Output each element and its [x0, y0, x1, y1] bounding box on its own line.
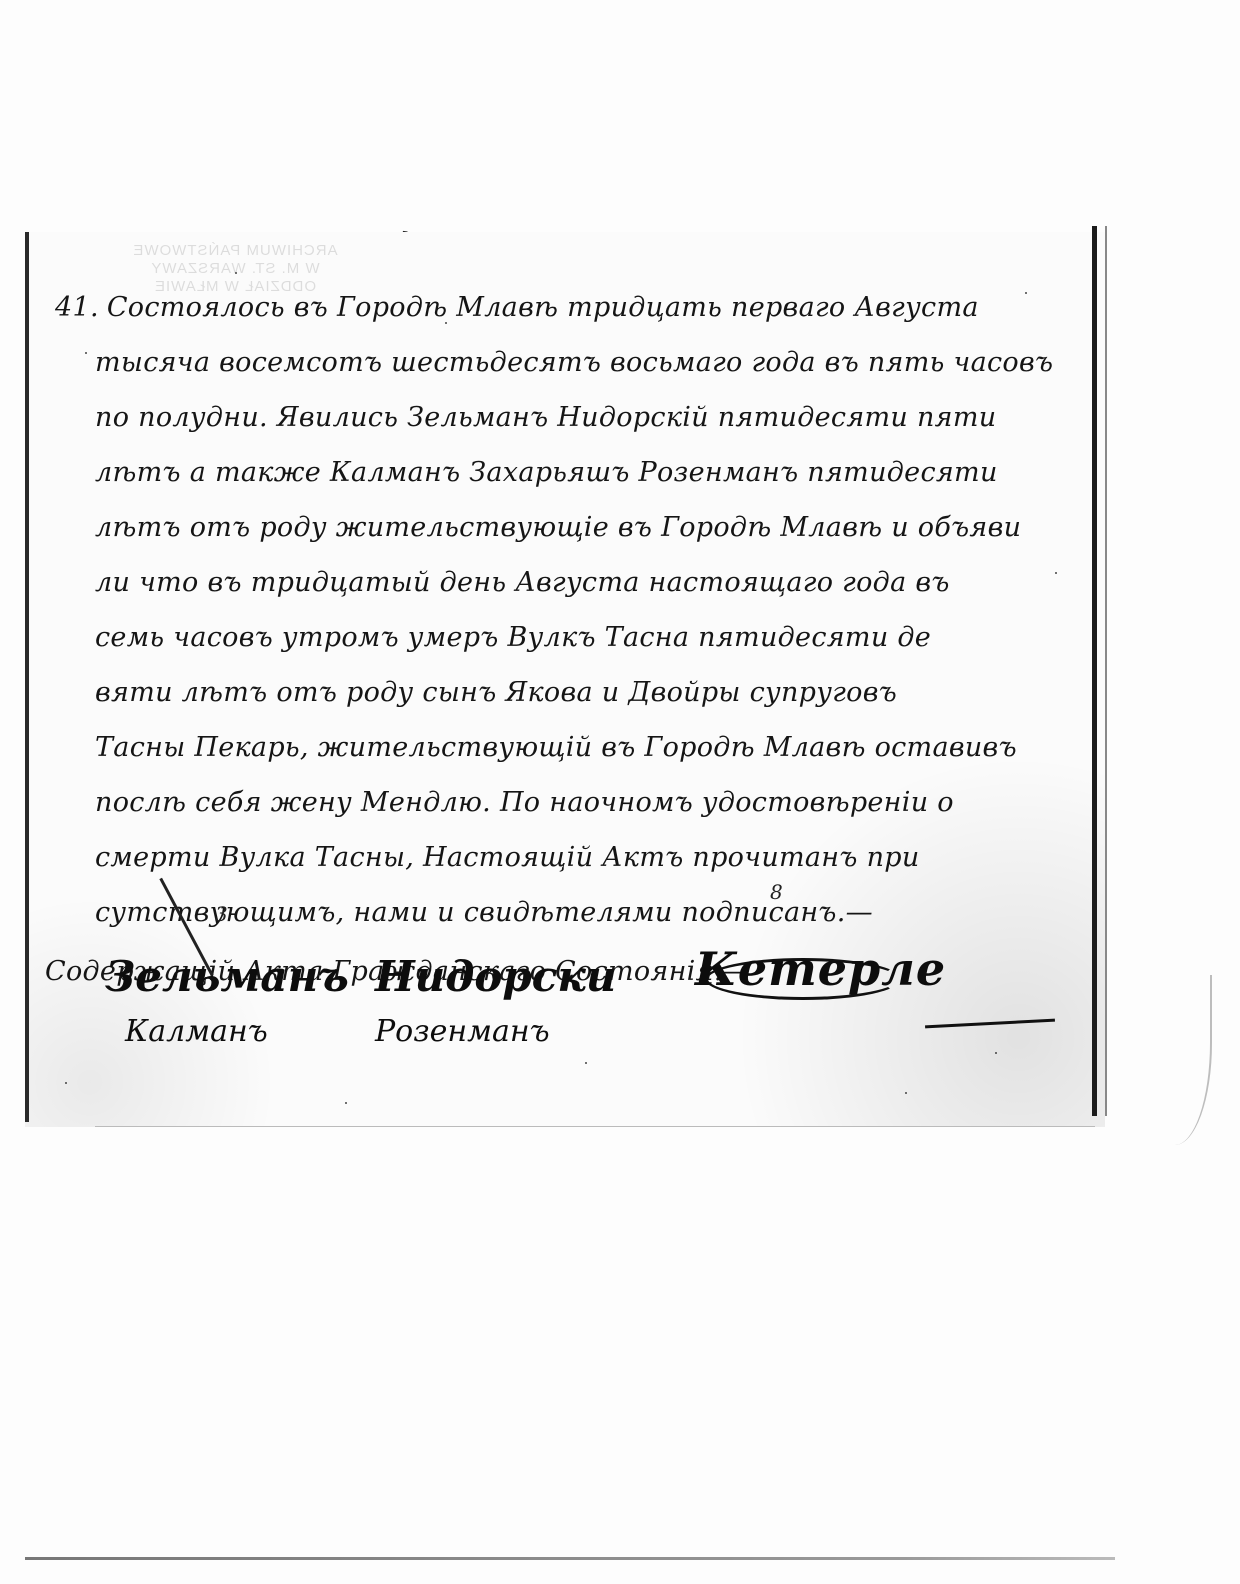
record-line: вяти лѣтъ отъ роду сынъ Якова и Двойры с…	[55, 665, 1095, 720]
record-line: смерти Вулка Тасны, Настоящій Актъ прочи…	[55, 830, 1095, 885]
margin-mark-8: 8	[770, 880, 783, 904]
record-number: 41.	[55, 280, 99, 335]
frame-left-border	[25, 232, 29, 1122]
scan-speck	[585, 1062, 587, 1064]
scan-speck	[345, 1102, 347, 1104]
signatures-block: Зельманъ Нидорски Калманъ Розенманъ Кете…	[85, 952, 1085, 1092]
scan-speck	[85, 352, 87, 354]
record-body: 41.Состоялось въ Городѣ Млавѣ тридцать п…	[55, 280, 1095, 999]
signature-witness-2-first: Калманъ	[125, 1014, 268, 1049]
record-line: 41.Состоялось въ Городѣ Млавѣ тридцать п…	[55, 280, 1095, 335]
scan-speck	[445, 322, 447, 324]
signature-officer: Кетерле	[695, 942, 946, 996]
record-line: по полудни. Явились Зельманъ Нидорскій п…	[55, 390, 1095, 445]
frame-bottom-border	[95, 1126, 1095, 1127]
margin-mark-3: 3	[215, 902, 228, 926]
frame-right-border-inner	[1105, 226, 1107, 1116]
officer-signature-underline	[925, 1019, 1055, 1029]
scan-speck	[995, 1052, 997, 1054]
scan-speck	[65, 1082, 67, 1084]
scan-speck	[1055, 572, 1057, 574]
scanned-page: υ ARCHIWUM PAŃSTWOWE W M. ST. WARSZAWY O…	[0, 0, 1240, 1584]
stamp-line: W M. ST. WARSZAWY	[125, 260, 345, 278]
signature-witness-2-last: Розенманъ	[375, 1014, 550, 1049]
signature-witness-1-first: Зельманъ	[105, 952, 349, 1001]
record-line: лѣтъ отъ роду жительствующіе въ Городѣ М…	[55, 500, 1095, 555]
record-line: семь часовъ утромъ умеръ Вулкъ Тасна пят…	[55, 610, 1095, 665]
scan-speck	[235, 272, 237, 274]
death-record: ARCHIWUM PAŃSTWOWE W M. ST. WARSZAWY ODD…	[25, 232, 1105, 1127]
paper-crease	[1150, 975, 1212, 1145]
record-line: ли что въ тридцатый день Августа настоящ…	[55, 555, 1095, 610]
record-line: послѣ себя жену Мендлю. По наочномъ удос…	[55, 775, 1095, 830]
stamp-line: ARCHIWUM PAŃSTWOWE	[125, 242, 345, 260]
record-line-text: Состоялось въ Городѣ Млавѣ тридцать перв…	[107, 292, 979, 323]
scan-speck	[905, 1092, 907, 1094]
page-bottom-edge	[25, 1557, 1115, 1560]
record-line: сутствующимъ, нами и свидѣтелями подписа…	[55, 885, 1095, 940]
record-line: Тасны Пекарь, жительствующій въ Городѣ М…	[55, 720, 1095, 775]
record-line: лѣтъ а также Калманъ Захарьяшъ Розенманъ…	[55, 445, 1095, 500]
record-line: тысяча восемсотъ шестьдесятъ восьмаго го…	[55, 335, 1095, 390]
signature-witness-1-last: Нидорски	[375, 952, 616, 1001]
scan-speck	[1025, 292, 1027, 294]
